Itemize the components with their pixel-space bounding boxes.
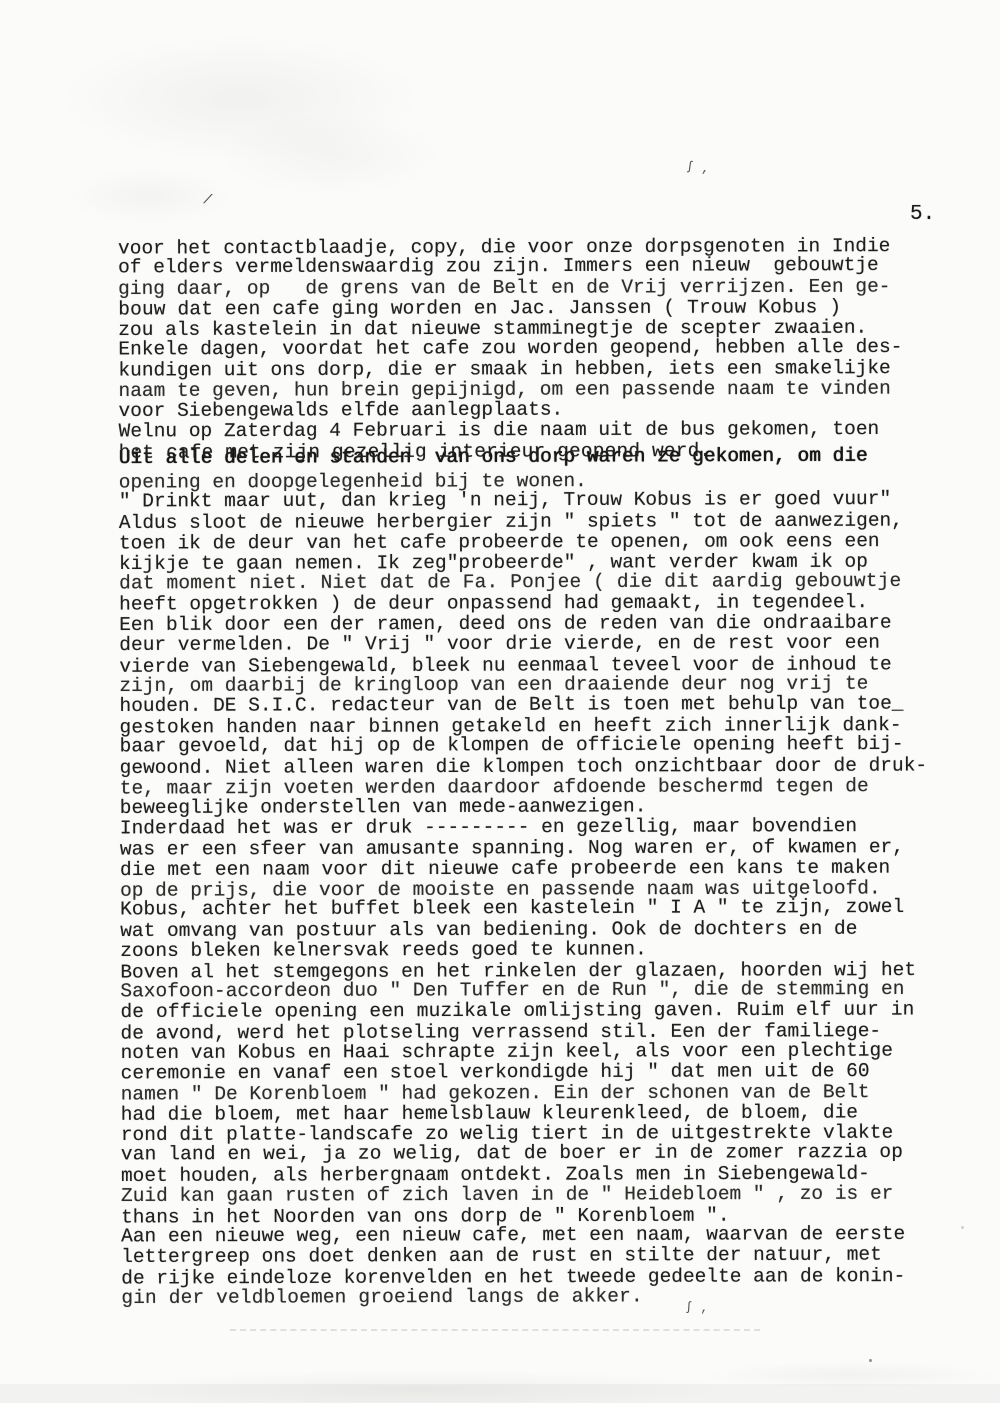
text-line: dat moment niet. Niet dat de Fa. Ponjee … <box>119 571 974 594</box>
scanned-document-page: 5. voor het contactblaadje, copy, die vo… <box>0 0 1000 1403</box>
text-line: Zuid kan gaan rusten of zich laven in de… <box>121 1183 976 1206</box>
text-line: bouw dat een cafe ging worden en Jac. Ja… <box>118 297 973 320</box>
text-line: had die bloem, met haar hemelsblauw kleu… <box>121 1103 976 1126</box>
text-line: Saxofoon-accordeon duo " Den Tuffer en d… <box>120 979 975 1002</box>
bottom-scan-band <box>0 1384 1000 1403</box>
text-line: Welnu op Zaterdag 4 Februari is die naam… <box>119 418 974 441</box>
text-line: vierde van Siebengewald, bleek nu eenmaa… <box>119 654 974 677</box>
text-line: van land en wei, ja zo welig, dat de boe… <box>121 1142 976 1165</box>
text-line: kundigen uit ons dorp, die er smaak in h… <box>118 358 973 381</box>
text-line: gin der veldbloemen groeiend langs de ak… <box>121 1285 976 1308</box>
text-line: te, maar zijn voeten werden daardoor afd… <box>120 776 975 799</box>
text-line: toen ik de deur van het cafe probeerde t… <box>119 531 974 554</box>
text-line: Aan een nieuwe weg, een nieuw cafe, met … <box>121 1224 976 1247</box>
smudge-dot <box>869 1359 872 1362</box>
document-body: voor het contactblaadje, copy, die voor … <box>118 235 976 1308</box>
ink-mark-slash: / <box>201 191 214 210</box>
text-line: baar gevoeld, dat hij op de klompen de o… <box>120 734 975 757</box>
text-line: Kobus, achter het buffet bleek een kaste… <box>120 897 975 920</box>
text-line: of elders vermeldenswaardig zou zijn. Im… <box>118 255 973 278</box>
smudge-row <box>230 1329 760 1331</box>
text-line: de rijke eindeloze korenvelden en het tw… <box>121 1266 976 1289</box>
text-line: heeft opgetrokken ) de deur onpassend ha… <box>119 592 974 615</box>
text-line: het cafe met zijn gezellig interieur geo… <box>119 440 974 463</box>
page-number: 5. <box>910 203 935 226</box>
text-line: ging daar, op de grens van de Belt en de… <box>118 276 973 299</box>
text-line: ceremonie en vanaf een stoel verkondigde… <box>121 1060 976 1083</box>
text-line: was er een sfeer van amusante spanning. … <box>120 837 975 860</box>
text-line: Enkele dagen, voordat het cafe zou worde… <box>118 337 973 360</box>
text-line: " Drinkt maar uut, dan krieg 'n neij, Tr… <box>119 489 974 512</box>
text-line: de avond, werd het plotseling verrassend… <box>120 1021 975 1044</box>
ink-mark-top: ʃ , <box>685 158 710 176</box>
text-line: Inderdaad het was er druk --------- en g… <box>120 815 975 838</box>
